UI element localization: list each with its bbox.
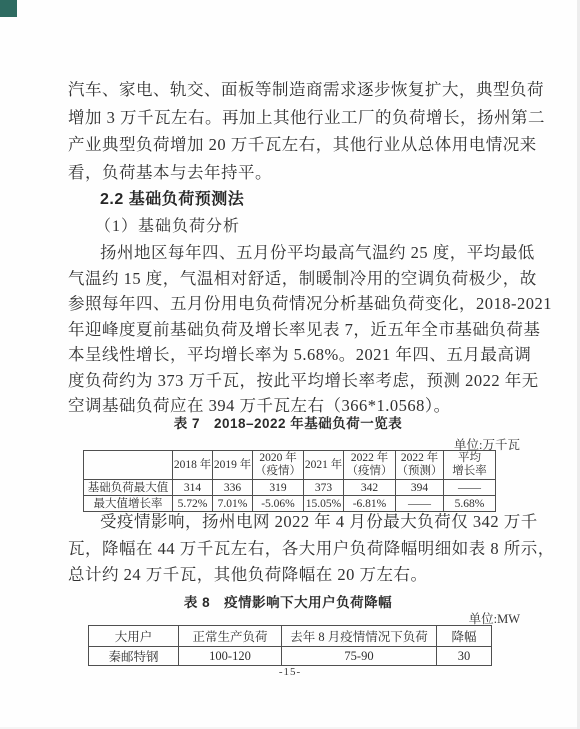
table7-header-cell: 2022 年 （预测）: [396, 451, 444, 480]
table8-header-cell: 去年 8 月疫情情况下负荷: [282, 626, 437, 647]
table7-header-cell: 2022 年 （疫情）: [344, 451, 396, 480]
corner-mark: [0, 0, 17, 17]
table7-header-cell: 2019 年: [213, 451, 253, 480]
table7-cell: 342: [344, 480, 396, 496]
text-line: 年迎峰度夏前基础负荷及增长率见表 7，近五年全市基础负荷基: [68, 317, 508, 343]
table8: 大用户 正常生产负荷 去年 8 月疫情情况下负荷 降幅 秦邮特钢 100-120…: [88, 625, 492, 666]
table7-header-cell: 2020 年 （疫情）: [253, 451, 304, 480]
table7-header-cell: 2021 年: [304, 451, 344, 480]
paragraph-2: 扬州地区每年四、五月份平均最高气温约 25 度，平均最低 气温约 15 度，气温…: [68, 240, 508, 419]
text-line: 参照每年四、五月份用电负荷情况分析基础负荷变化，2018-2021: [68, 291, 508, 317]
table8-header-row: 大用户 正常生产负荷 去年 8 月疫情情况下负荷 降幅: [89, 626, 492, 647]
table-row: 基础负荷最大值 314 336 319 373 342 394 ——: [84, 480, 496, 496]
text-line: 产业典型负荷增加 20 万千瓦左右，其他行业从总体用电情况来: [68, 131, 508, 159]
table8-header-cell: 正常生产负荷: [179, 626, 282, 647]
text-line: 本呈线性增长，平均增长率为 5.68%。2021 年四、五月最高调: [68, 342, 508, 368]
text-line: 受疫情影响，扬州电网 2022 年 4 月份最大负荷仅 342 万千: [68, 509, 508, 536]
table7-cell: 314: [173, 480, 213, 496]
table7-cell: 基础负荷最大值: [84, 480, 173, 496]
document-page: 汽车、家电、轨交、面板等制造商需求逐步恢复扩大，典型负荷 增加 3 万千瓦左右。…: [0, 0, 580, 729]
text-line: 看，负荷基本与去年持平。: [68, 159, 508, 187]
table7-header-cell: 2018 年: [173, 451, 213, 480]
table7-cell: ——: [444, 480, 496, 496]
table8-header-cell: 降幅: [437, 626, 492, 647]
table8-cell: 30: [437, 647, 492, 666]
table7-header-cell: [84, 451, 173, 480]
text-line: 度负荷约为 373 万千瓦，按此平均增长率考虑，预测 2022 年无: [68, 368, 508, 394]
page-number: -15-: [0, 666, 580, 678]
table7-caption: 表 7 2018–2022 年基础负荷一览表: [68, 412, 508, 432]
text-line: 汽车、家电、轨交、面板等制造商需求逐步恢复扩大，典型负荷: [68, 76, 508, 104]
table8-cell: 75-90: [282, 647, 437, 666]
table-row: 秦邮特钢 100-120 75-90 30: [89, 647, 492, 666]
table7-header-row: 2018 年 2019 年 2020 年 （疫情） 2021 年 2022 年 …: [84, 451, 496, 480]
table7: 2018 年 2019 年 2020 年 （疫情） 2021 年 2022 年 …: [83, 450, 496, 512]
table7-cell: 394: [396, 480, 444, 496]
text-line: 总计约 24 万千瓦，其他负荷降幅在 20 万左右。: [68, 562, 508, 589]
table8-cell: 100-120: [179, 647, 282, 666]
text-line: 气温约 15 度，气温相对舒适，制暖制冷用的空调负荷极少，故: [68, 266, 508, 292]
text-line: 瓦，降幅在 44 万千瓦左右，各大用户负荷降幅明细如表 8 所示，: [68, 536, 508, 563]
text-line: 扬州地区每年四、五月份平均最高气温约 25 度，平均最低: [68, 240, 508, 266]
paragraph-1: 汽车、家电、轨交、面板等制造商需求逐步恢复扩大，典型负荷 增加 3 万千瓦左右。…: [68, 76, 508, 186]
table7-cell: 373: [304, 480, 344, 496]
table8-cell: 秦邮特钢: [89, 647, 179, 666]
table8-header-cell: 大用户: [89, 626, 179, 647]
table7-header-cell: 平均 增长率: [444, 451, 496, 480]
table7-cell: 319: [253, 480, 304, 496]
table8-caption: 表 8 疫情影响下大用户负荷降幅: [68, 591, 508, 611]
subsection-heading: （1）基础负荷分析: [95, 214, 508, 239]
table7-cell: 336: [213, 480, 253, 496]
section-heading: 2.2 基础负荷预测法: [100, 186, 508, 213]
text-line: 增加 3 万千瓦左右。再加上其他行业工厂的负荷增长，扬州第二: [68, 104, 508, 132]
paragraph-3: 受疫情影响，扬州电网 2022 年 4 月份最大负荷仅 342 万千 瓦，降幅在…: [68, 509, 508, 589]
